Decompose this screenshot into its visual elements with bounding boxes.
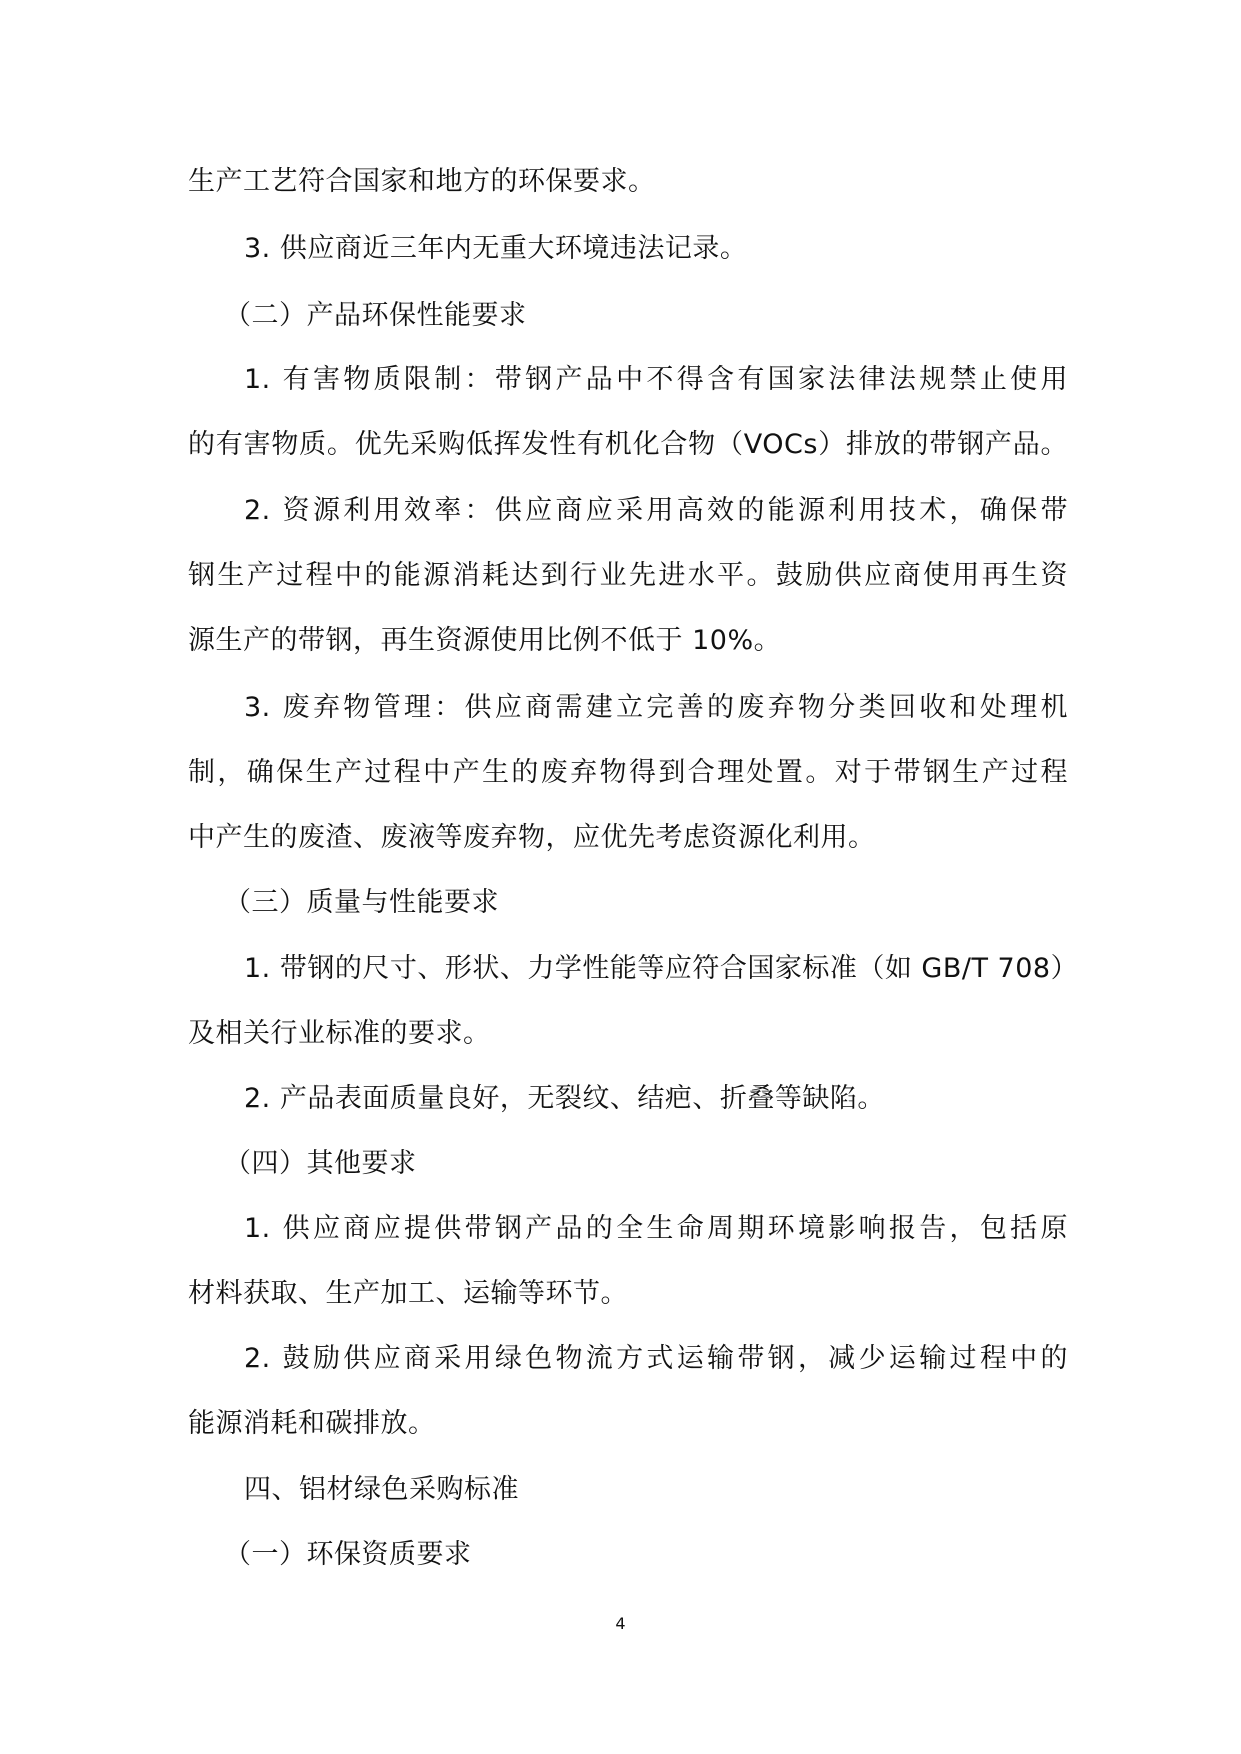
paragraph-continuation: 生产工艺符合国家和地方的环保要求。 [188, 164, 1068, 200]
document-page: 生产工艺符合国家和地方的环保要求。 3. 供应商近三年内无重大环境违法记录。 （… [0, 0, 1241, 1754]
paragraph-continuation: 材料获取、生产加工、运输等环节。 [188, 1276, 1068, 1312]
section-heading: 四、铝材绿色采购标准 [244, 1472, 1124, 1508]
list-item: 1. 带钢的尺寸、形状、力学性能等应符合国家标准（如 GB/T 708） [244, 951, 1068, 987]
list-item: 1. 有害物质限制：带钢产品中不得含有国家法律法规禁止使用 [244, 362, 1068, 398]
paragraph-continuation: 中产生的废渣、废液等废弃物，应优先考虑资源化利用。 [188, 820, 1068, 856]
paragraph-continuation: 制，确保生产过程中产生的废弃物得到合理处置。对于带钢生产过程 [188, 755, 1068, 791]
page-number: 4 [0, 1614, 1241, 1634]
list-item: 2. 鼓励供应商采用绿色物流方式运输带钢，减少运输过程中的 [244, 1341, 1068, 1377]
section-subheading: （四）其他要求 [224, 1146, 1104, 1182]
section-subheading: （三）质量与性能要求 [224, 885, 1104, 921]
list-item: 3. 废弃物管理：供应商需建立完善的废弃物分类回收和处理机 [244, 690, 1068, 726]
list-item: 2. 产品表面质量良好，无裂纹、结疤、折叠等缺陷。 [244, 1081, 1068, 1117]
paragraph-continuation: 能源消耗和碳排放。 [188, 1406, 1068, 1442]
paragraph-continuation: 及相关行业标准的要求。 [188, 1016, 1068, 1052]
paragraph-continuation: 源生产的带钢，再生资源使用比例不低于 10%。 [188, 623, 1068, 659]
list-item: 2. 资源利用效率：供应商应采用高效的能源利用技术，确保带 [244, 493, 1068, 529]
section-subheading: （一）环保资质要求 [224, 1537, 1104, 1573]
list-item: 3. 供应商近三年内无重大环境违法记录。 [244, 231, 1068, 267]
paragraph-continuation: 钢生产过程中的能源消耗达到行业先进水平。鼓励供应商使用再生资 [188, 558, 1068, 594]
section-subheading: （二）产品环保性能要求 [224, 298, 1104, 334]
paragraph-continuation: 的有害物质。优先采购低挥发性有机化合物（VOCs）排放的带钢产品。 [188, 427, 1068, 463]
list-item: 1. 供应商应提供带钢产品的全生命周期环境影响报告，包括原 [244, 1211, 1068, 1247]
